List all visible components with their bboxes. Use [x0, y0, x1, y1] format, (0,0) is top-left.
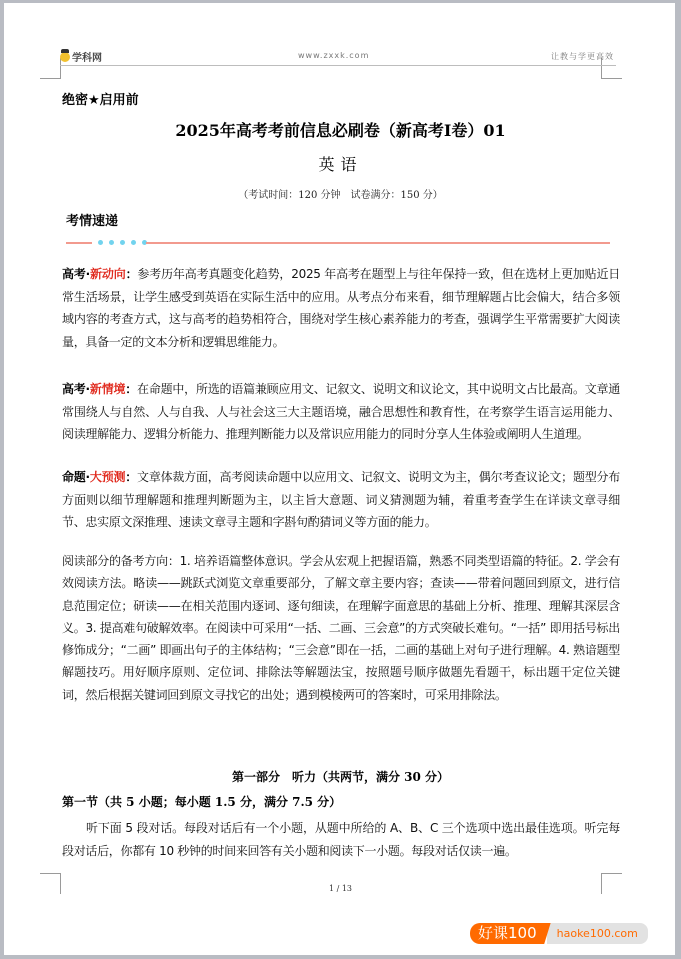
decorative-divider — [66, 241, 610, 245]
site-url: www.zxxk.com — [298, 51, 369, 60]
watermark-badge: 好课100 haoke100.com — [470, 923, 648, 944]
watermark-url: haoke100.com — [547, 923, 648, 944]
part-heading: 第一部分 听力（共两节，满分 30 分） — [0, 768, 681, 785]
watermark-brand: 好课100 — [470, 923, 551, 944]
section1-instructions: 听下面 5 段对话。每段对话后有一个小题，从题中所给的 A、B、C 三个选项中选… — [62, 817, 620, 862]
site-logo: 学科网 — [60, 49, 102, 64]
section1-heading: 第一节（共 5 小题；每小题 1.5 分，满分 7.5 分） — [62, 793, 341, 810]
page-header: 学科网 www.zxxk.com 让教与学更高效 — [60, 49, 616, 66]
page-number: 1 / 13 — [0, 884, 681, 893]
mascot-icon — [60, 52, 70, 62]
confidential-label: 绝密★启用前 — [62, 89, 139, 108]
paragraph-new-trend: 高考·新动向：参考历年高考真题变化趋势，2025 年高考在题型上与往年保持一致，… — [62, 263, 620, 353]
exam-info: （考试时间：120 分钟 试卷满分：150 分） — [0, 186, 681, 201]
logo-text: 学科网 — [72, 49, 102, 64]
subject-title: 英语 — [0, 152, 681, 175]
page-title: 2025年高考考前信息必刷卷（新高考I卷）01 — [0, 118, 681, 141]
paragraph-reading-advice: 阅读部分的备考方向：1. 培养语篇整体意识。学会从宏观上把握语篇，熟悉不同类型语… — [62, 550, 620, 706]
paragraph-prediction: 命题·大预测：文章体裁方面，高考阅读命题中以应用文、记叙文、说明文为主，偶尔考查… — [62, 466, 620, 534]
header-slogan: 让教与学更高效 — [551, 51, 614, 62]
section-heading: 考情速递 — [66, 210, 118, 229]
paragraph-new-context: 高考·新情境：在命题中，所选的语篇兼顾应用文、记叙文、说明文和议论文，其中说明文… — [62, 378, 620, 446]
crop-mark-top-left — [40, 58, 61, 79]
